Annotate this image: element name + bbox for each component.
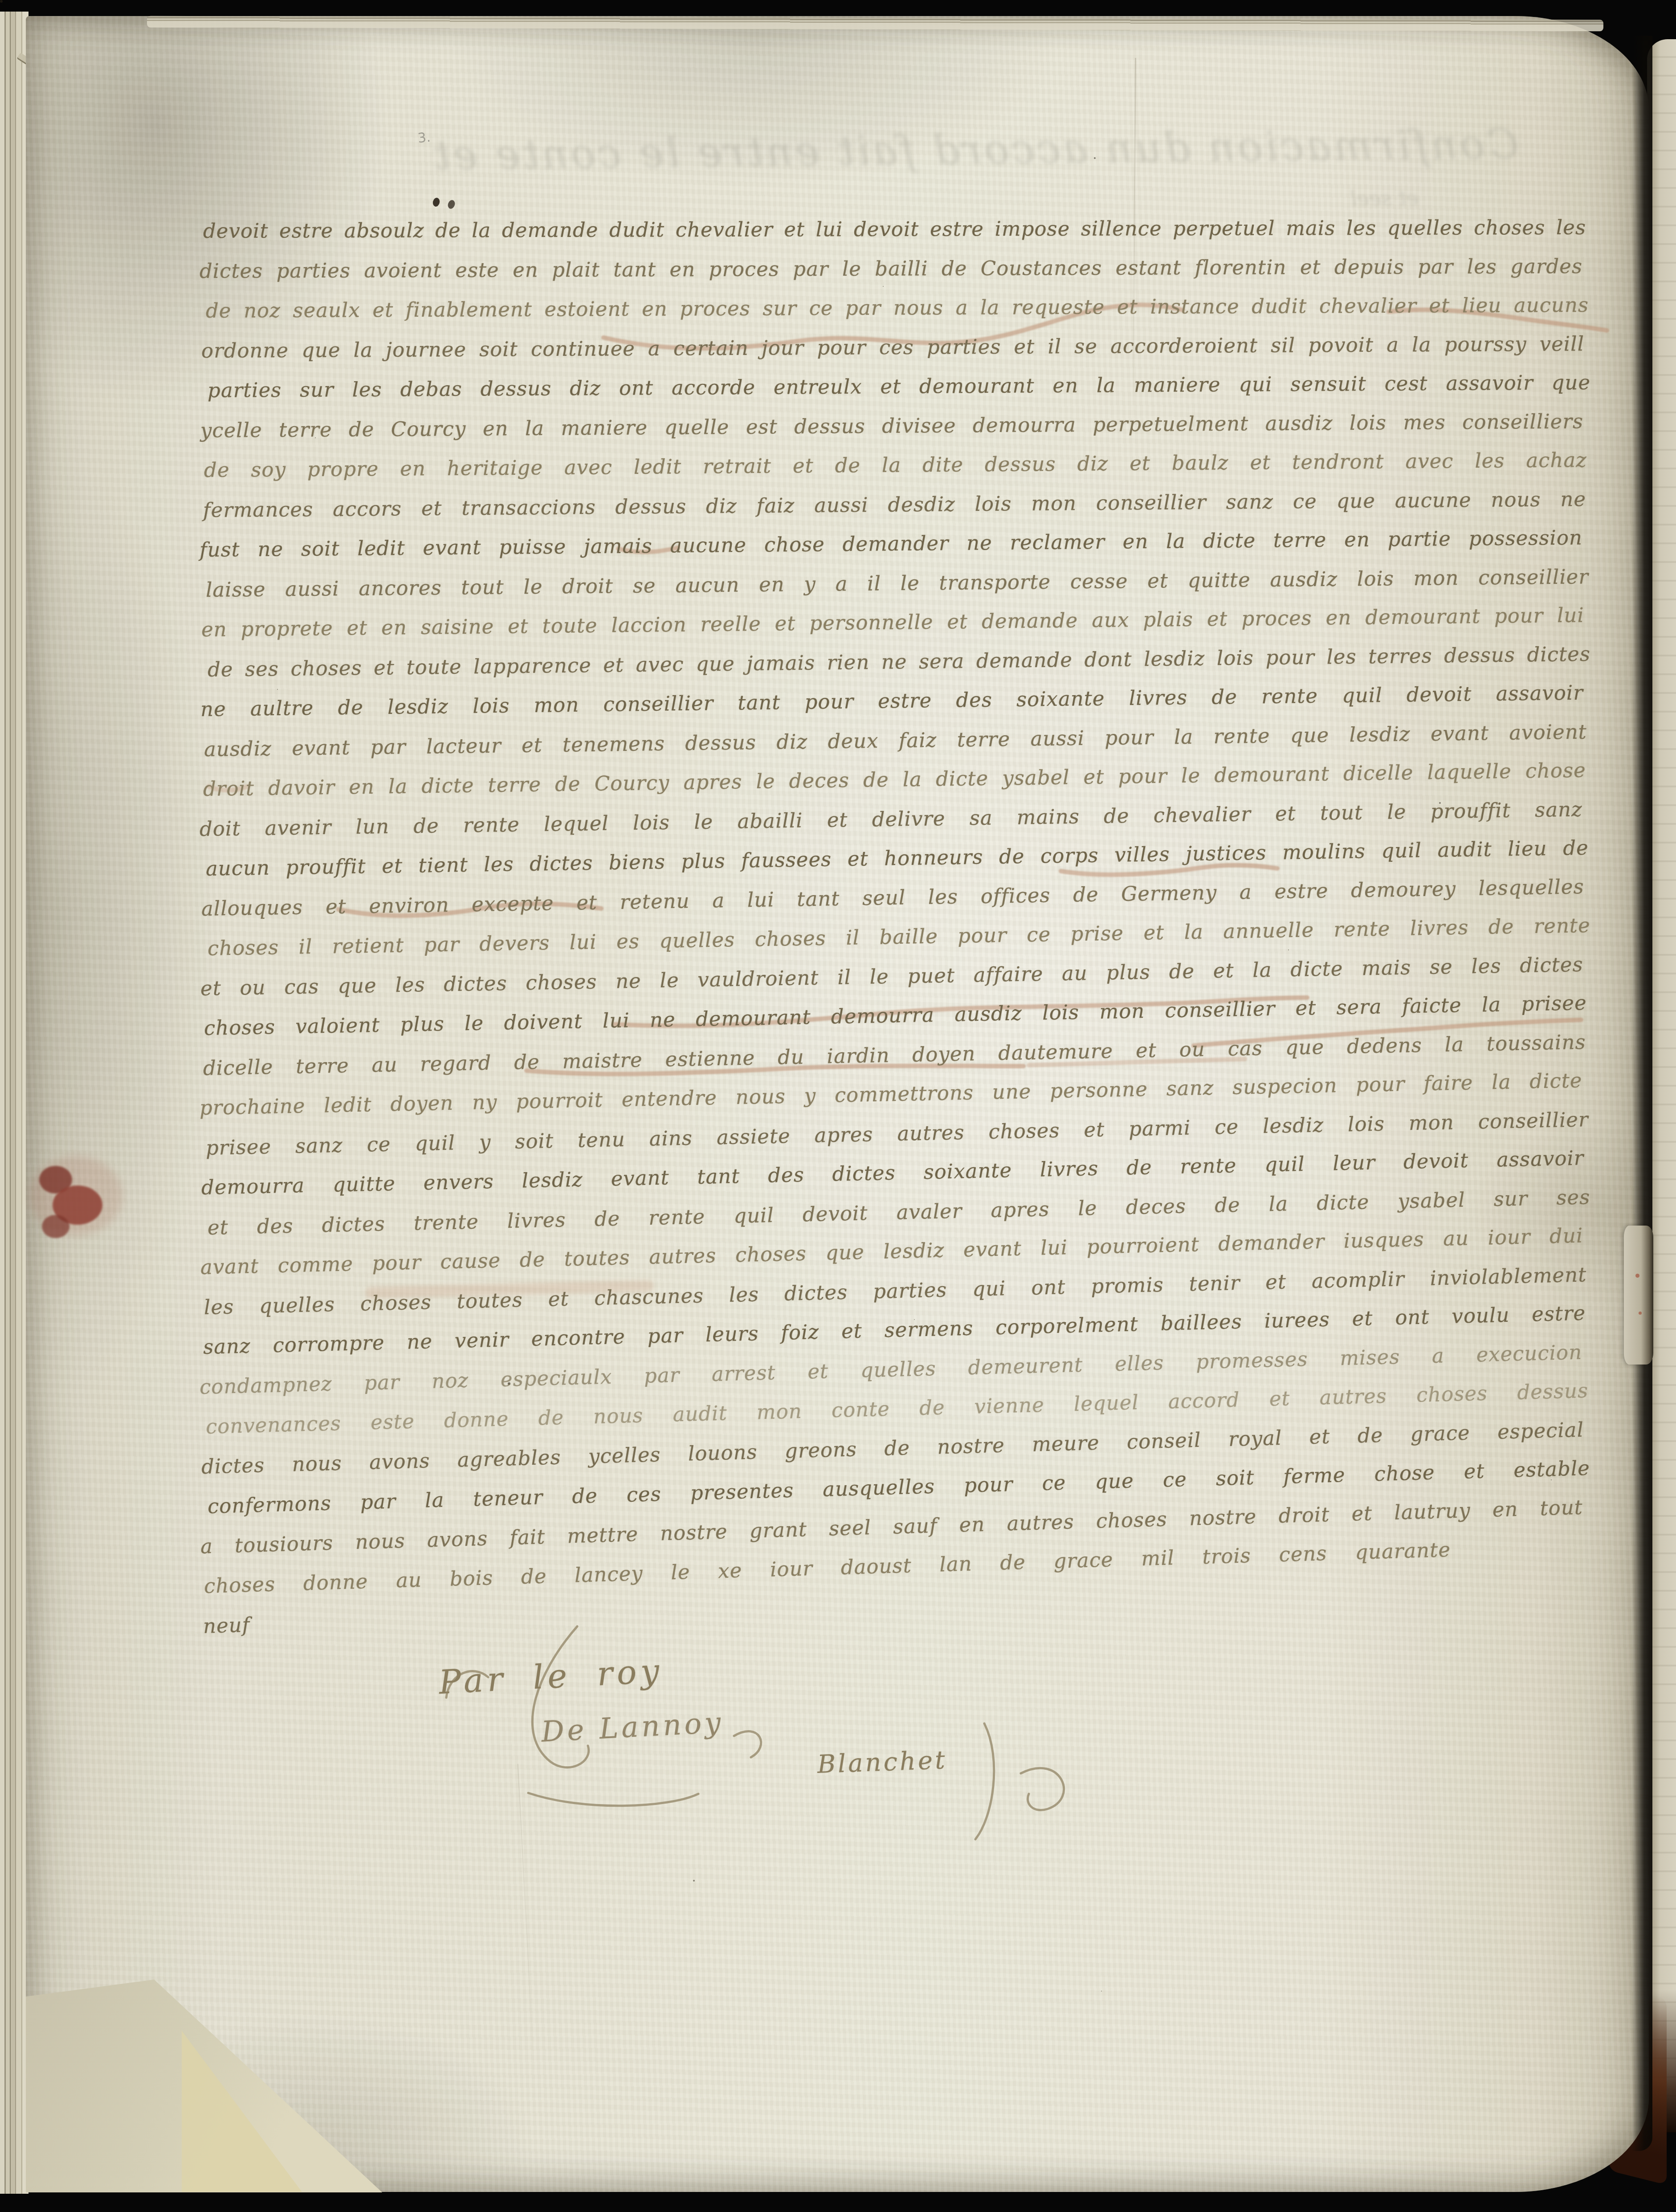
book-photo: Confirmacion dun accord fait entre le co…: [0, 0, 1676, 2212]
signature-flourishes: [0, 0, 1676, 2212]
